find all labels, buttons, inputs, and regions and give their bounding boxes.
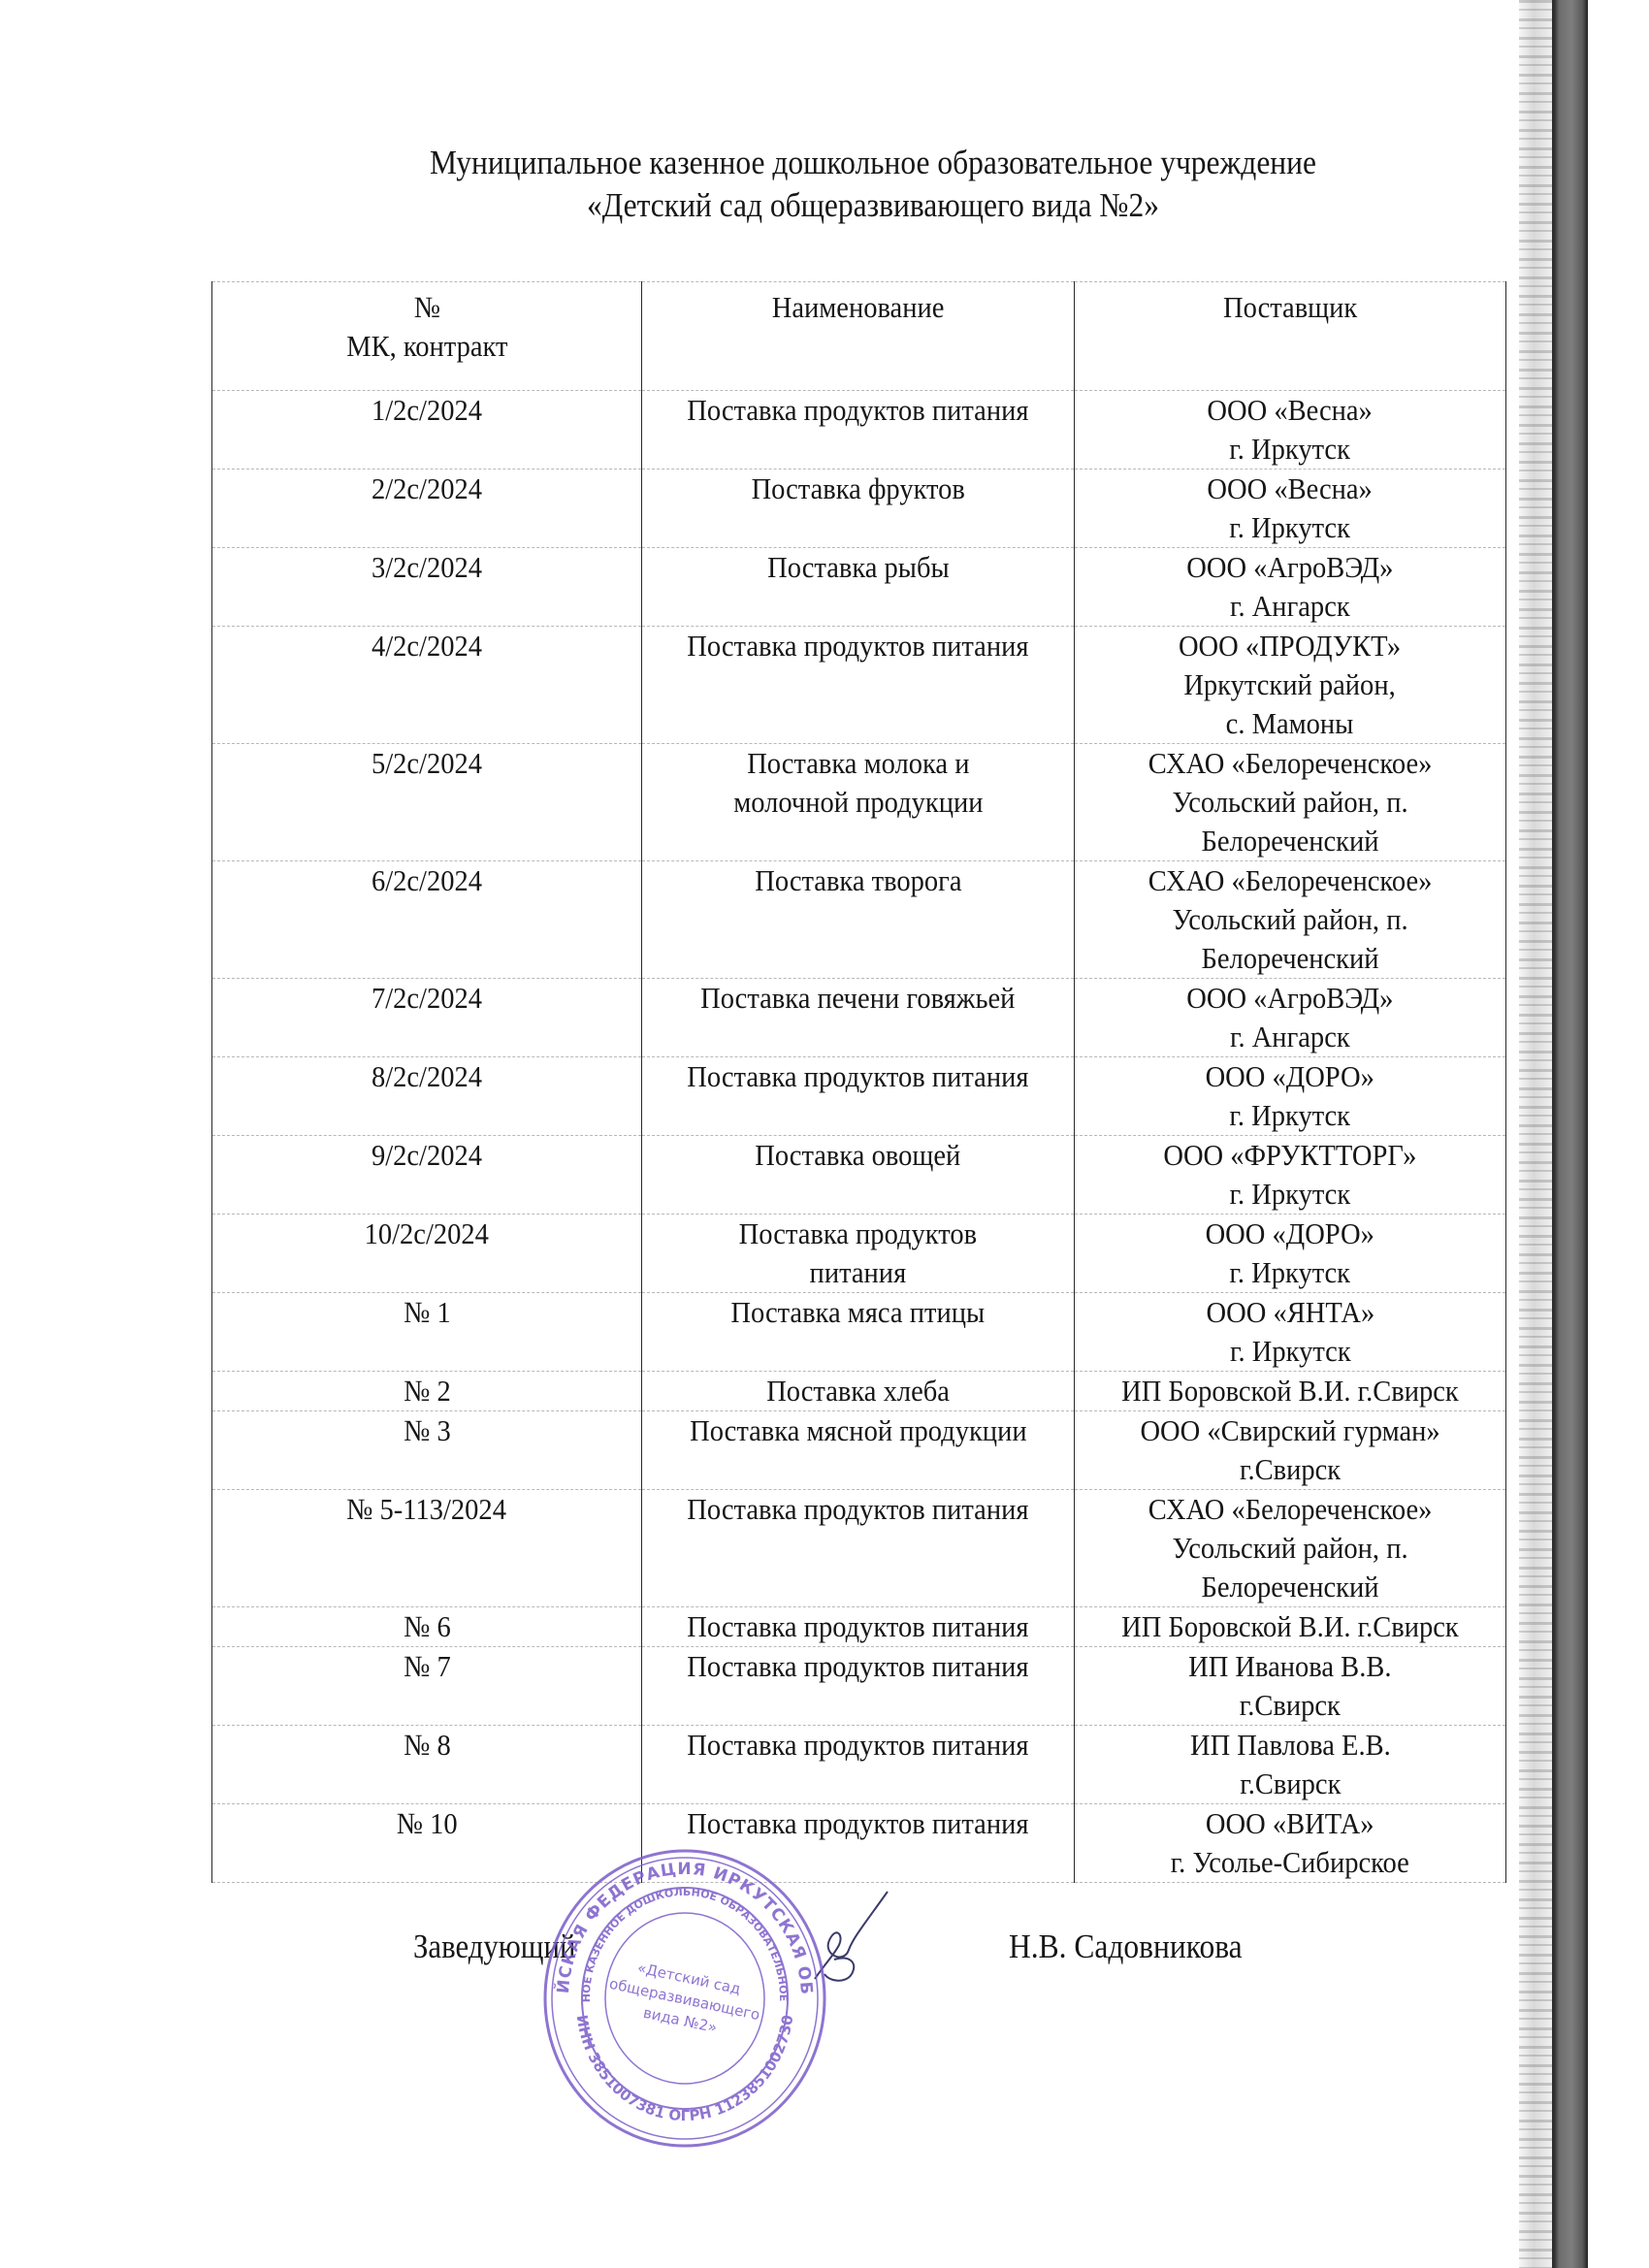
table-row: № 8Поставка продуктов питанияИП Павлова … [212, 1726, 1506, 1804]
item-name-cell: Поставка продуктов питания [642, 627, 1075, 744]
supplier-line: ООО «Свирский гурман» [1140, 1411, 1439, 1450]
column-header-contract-number-line: МК, контракт [346, 327, 507, 366]
supplier-line: Белореченский [1148, 1568, 1433, 1606]
item-name-cell: Поставка продуктов питания [642, 1057, 1075, 1136]
supplier-line: г. Ангарск [1186, 587, 1393, 626]
contract-number-cell: 9/2c/2024 [212, 1136, 642, 1215]
supplier-line: г. Ангарск [1186, 1018, 1393, 1056]
svg-text:ИНН 3851007381 ОГРН 1123851002: ИНН 3851007381 ОГРН 1123851002730 [573, 2014, 797, 2124]
column-header-name-line: Наименование [772, 288, 945, 327]
table-row: 4/2c/2024Поставка продуктов питанияООО «… [212, 627, 1506, 744]
supplier-line: Белореченский [1148, 939, 1433, 978]
item-name-line: Поставка продуктов питания [687, 1057, 1028, 1096]
supplier-cell: ООО «ЯНТА»г. Иркутск [1075, 1293, 1506, 1372]
column-header-name: Наименование [642, 282, 1075, 391]
table-row: 9/2c/2024Поставка овощейООО «ФРУКТТОРГ»г… [212, 1136, 1506, 1215]
supplier-line: Усольский район, п. [1148, 900, 1433, 939]
supplier-line: г. Иркутск [1208, 508, 1373, 547]
contract-number-cell: № 7 [212, 1647, 642, 1726]
supplier-cell: ИП Боровской В.И. г.Свирск [1075, 1372, 1506, 1411]
item-name-line: Поставка печени говяжьей [700, 979, 1015, 1018]
contract-number-cell: 10/2c/2024 [212, 1215, 642, 1293]
item-name-cell: Поставка творога [642, 861, 1075, 979]
item-name-cell: Поставка мяса птицы [642, 1293, 1075, 1372]
stamp-bottom-text: ИНН 3851007381 ОГРН 1123851002730 [573, 2014, 797, 2124]
supplier-line: Усольский район, п. [1148, 1529, 1433, 1568]
supplier-line: ООО «ПРОДУКТ» [1179, 627, 1401, 665]
item-name-cell: Поставка мясной продукции [642, 1411, 1075, 1490]
contract-number-cell: № 2 [212, 1372, 642, 1411]
supplier-line: ООО «ДОРО» [1206, 1215, 1374, 1253]
contract-number-line: 4/2c/2024 [372, 627, 482, 665]
supplier-line: СХАО «Белореченское» [1148, 861, 1433, 900]
contract-number-cell: 4/2c/2024 [212, 627, 642, 744]
contract-number-line: 7/2c/2024 [372, 979, 482, 1018]
supplier-line: ИП Боровской В.И. г.Свирск [1121, 1372, 1459, 1410]
item-name-line: молочной продукции [733, 783, 983, 822]
contract-number-line: № 7 [404, 1647, 451, 1686]
item-name-cell: Поставка молока имолочной продукции [642, 744, 1075, 861]
item-name-line: Поставка молока и [733, 744, 983, 783]
scan-binding-shadow [1552, 0, 1588, 2268]
contract-number-cell: № 6 [212, 1607, 642, 1647]
contract-number-line: № 8 [404, 1726, 451, 1765]
stamp-center-text: «Детский садобщеразвивающеговида №2» [608, 1959, 761, 2036]
item-name-line: Поставка хлеба [766, 1372, 950, 1410]
supplier-line: г. Иркутск [1208, 430, 1373, 469]
column-header-supplier: Поставщик [1075, 282, 1506, 391]
item-name-cell: Поставка печени говяжьей [642, 979, 1075, 1057]
supplier-cell: ИП Павлова Е.В.г.Свирск [1075, 1726, 1506, 1804]
item-name-cell: Поставка продуктов питания [642, 391, 1075, 470]
item-name-cell: Поставка овощей [642, 1136, 1075, 1215]
supplier-line: с. Мамоны [1179, 704, 1401, 743]
supplier-cell: ООО «Свирский гурман»г.Свирск [1075, 1411, 1506, 1490]
contract-number-line: № 3 [404, 1411, 451, 1450]
item-name-line: Поставка продуктов питания [687, 1804, 1028, 1843]
supplier-line: г. Усолье-Сибирское [1171, 1843, 1409, 1882]
supplier-line: ООО «ДОРО» [1206, 1057, 1374, 1096]
table-row: 6/2c/2024Поставка творогаСХАО «Белоречен… [212, 861, 1506, 979]
signatory-name: Н.В. Садовникова [1009, 1926, 1243, 1968]
column-header-contract-number-line: № [346, 288, 507, 327]
table-row: 3/2c/2024Поставка рыбыООО «АгроВЭД»г. Ан… [212, 548, 1506, 627]
supplier-cell: ИП Боровской В.И. г.Свирск [1075, 1607, 1506, 1647]
supplier-line: ООО «Весна» [1208, 391, 1373, 430]
item-name-cell: Поставка хлеба [642, 1372, 1075, 1411]
item-name-line: Поставка продуктов [739, 1215, 977, 1253]
title-line-institution: Муниципальное казенное дошкольное образо… [349, 142, 1397, 184]
contract-number-cell: 5/2c/2024 [212, 744, 642, 861]
contract-number-cell: № 1 [212, 1293, 642, 1372]
contract-number-line: 2/2c/2024 [372, 470, 482, 508]
supplier-cell: ООО «ФРУКТТОРГ»г. Иркутск [1075, 1136, 1506, 1215]
column-header-contract-number: №МК, контракт [212, 282, 642, 391]
contract-number-line: 9/2c/2024 [372, 1136, 482, 1175]
supplier-line: Усольский район, п. [1148, 783, 1433, 822]
supplier-line: г.Свирск [1190, 1765, 1391, 1803]
contract-number-cell: 8/2c/2024 [212, 1057, 642, 1136]
supplier-line: ООО «ЯНТА» [1206, 1293, 1374, 1332]
table-row: № 3Поставка мясной продукцииООО «Свирски… [212, 1411, 1506, 1490]
contract-number-cell: № 8 [212, 1726, 642, 1804]
item-name-cell: Поставка продуктов питания [642, 1804, 1075, 1883]
scan-binding-edge [1519, 0, 1552, 2268]
supplier-cell: СХАО «Белореченское»Усольский район, п.Б… [1075, 861, 1506, 979]
supplier-cell: ООО «ПРОДУКТ»Иркутский район,с. Мамоны [1075, 627, 1506, 744]
item-name-cell: Поставка продуктов питания [642, 1726, 1075, 1804]
item-name-cell: Поставка продуктов питания [642, 1607, 1075, 1647]
contract-number-cell: № 5-113/2024 [212, 1490, 642, 1607]
supplier-line: г.Свирск [1140, 1450, 1439, 1489]
supplier-line: ИП Боровской В.И. г.Свирск [1121, 1607, 1459, 1646]
supplier-line: ООО «ФРУКТТОРГ» [1163, 1136, 1416, 1175]
document-title: Муниципальное казенное дошкольное образо… [349, 142, 1397, 227]
table-row: № 6Поставка продуктов питанияИП Боровско… [212, 1607, 1506, 1647]
supplier-cell: ООО «ВИТА»г. Усолье-Сибирское [1075, 1804, 1506, 1883]
supplier-line: ООО «АгроВЭД» [1186, 548, 1393, 587]
handwritten-signature-icon [805, 1887, 892, 1993]
contract-number-line: 1/2c/2024 [372, 391, 482, 430]
svg-text:общеразвивающего: общеразвивающего [608, 1975, 761, 2024]
item-name-cell: Поставка продуктовпитания [642, 1215, 1075, 1293]
item-name-line: Поставка продуктов питания [687, 627, 1028, 665]
contract-number-line: 8/2c/2024 [372, 1057, 482, 1096]
item-name-line: Поставка продуктов питания [687, 1726, 1028, 1765]
contract-number-line: 6/2c/2024 [372, 861, 482, 900]
table-row: 10/2c/2024Поставка продуктовпитанияООО «… [212, 1215, 1506, 1293]
table-row: 8/2c/2024Поставка продуктов питанияООО «… [212, 1057, 1506, 1136]
table-row: 5/2c/2024Поставка молока имолочной проду… [212, 744, 1506, 861]
item-name-line: Поставка творога [755, 861, 961, 900]
item-name-line: Поставка мясной продукции [690, 1411, 1027, 1450]
contract-number-line: № 2 [404, 1372, 451, 1410]
supplier-line: Иркутский район, [1179, 665, 1401, 704]
item-name-line: Поставка продуктов питания [687, 1647, 1028, 1686]
contract-number-line: № 5-113/2024 [347, 1490, 507, 1529]
supplier-line: СХАО «Белореченское» [1148, 1490, 1433, 1529]
table-row: 1/2c/2024Поставка продуктов питанияООО «… [212, 391, 1506, 470]
item-name-cell: Поставка рыбы [642, 548, 1075, 627]
table-row: № 1Поставка мяса птицыООО «ЯНТА»г. Иркут… [212, 1293, 1506, 1372]
table-row: № 2Поставка хлебаИП Боровской В.И. г.Сви… [212, 1372, 1506, 1411]
contract-number-cell: 7/2c/2024 [212, 979, 642, 1057]
supplier-line: ИП Павлова Е.В. [1190, 1726, 1391, 1765]
item-name-cell: Поставка фруктов [642, 470, 1075, 548]
table-row: № 10Поставка продуктов питанияООО «ВИТА»… [212, 1804, 1506, 1883]
supplier-cell: ООО «ДОРО»г. Иркутск [1075, 1057, 1506, 1136]
contract-number-cell: 2/2c/2024 [212, 470, 642, 548]
supplier-line: г. Иркутск [1206, 1253, 1374, 1292]
supplier-line: СХАО «Белореченское» [1148, 744, 1433, 783]
supplier-line: г.Свирск [1188, 1686, 1391, 1725]
contract-number-line: 10/2c/2024 [365, 1215, 489, 1253]
table-row: № 7Поставка продуктов питанияИП Иванова … [212, 1647, 1506, 1726]
svg-text:«Детский сад: «Детский сад [636, 1959, 743, 1997]
contract-number-cell: № 10 [212, 1804, 642, 1883]
contract-number-cell: 1/2c/2024 [212, 391, 642, 470]
supplier-cell: ООО «ДОРО»г. Иркутск [1075, 1215, 1506, 1293]
item-name-line: Поставка продуктов питания [687, 1607, 1028, 1646]
contract-number-cell: 6/2c/2024 [212, 861, 642, 979]
supplier-cell: ИП Иванова В.В.г.Свирск [1075, 1647, 1506, 1726]
contract-number-line: 5/2c/2024 [372, 744, 482, 783]
item-name-cell: Поставка продуктов питания [642, 1490, 1075, 1607]
item-name-line: Поставка овощей [755, 1136, 960, 1175]
supplier-cell: ООО «АгроВЭД»г. Ангарск [1075, 548, 1506, 627]
contract-number-line: № 1 [404, 1293, 451, 1332]
supplier-line: ООО «ВИТА» [1171, 1804, 1409, 1843]
supplier-cell: ООО «АгроВЭД»г. Ангарск [1075, 979, 1506, 1057]
supplier-line: г. Иркутск [1163, 1175, 1416, 1214]
supplier-line: ИП Иванова В.В. [1188, 1647, 1391, 1686]
item-name-line: питания [739, 1253, 977, 1292]
supplier-cell: СХАО «Белореченское»Усольский район, п.Б… [1075, 1490, 1506, 1607]
supplier-line: ООО «Весна» [1208, 470, 1373, 508]
supplier-cell: СХАО «Белореченское»Усольский район, п.Б… [1075, 744, 1506, 861]
item-name-line: Поставка фруктов [751, 470, 964, 508]
item-name-line: Поставка рыбы [767, 548, 949, 587]
table-row: 2/2c/2024Поставка фруктовООО «Весна»г. И… [212, 470, 1506, 548]
contract-number-line: № 6 [404, 1607, 451, 1646]
item-name-line: Поставка продуктов питания [687, 1490, 1028, 1529]
supplier-line: г. Иркутск [1206, 1096, 1374, 1135]
item-name-cell: Поставка продуктов питания [642, 1647, 1075, 1726]
official-stamp-icon: РОССИЙСКАЯ ФЕДЕРАЦИЯ ИРКУТСКАЯ ОБЛАСТЬ М… [541, 1847, 828, 2150]
contract-number-line: 3/2c/2024 [372, 548, 482, 587]
supplier-line: Белореченский [1148, 822, 1433, 860]
contract-number-cell: 3/2c/2024 [212, 548, 642, 627]
supplier-line: ООО «АгроВЭД» [1186, 979, 1393, 1018]
table-row: № 5-113/2024Поставка продуктов питанияСХ… [212, 1490, 1506, 1607]
table-header-row: №МК, контрактНаименованиеПоставщик [212, 282, 1506, 391]
table-row: 7/2c/2024Поставка печени говяжьейООО «Аг… [212, 979, 1506, 1057]
title-line-name: «Детский сад общеразвивающего вида №2» [349, 184, 1397, 227]
contracts-table: №МК, контрактНаименованиеПоставщик 1/2c/… [211, 281, 1506, 1883]
svg-text:вида №2»: вида №2» [642, 2004, 719, 2037]
item-name-line: Поставка продуктов питания [687, 391, 1028, 430]
contract-number-cell: № 3 [212, 1411, 642, 1490]
column-header-supplier-line: Поставщик [1223, 288, 1357, 327]
table-body: 1/2c/2024Поставка продуктов питанияООО «… [212, 391, 1506, 1883]
supplier-line: г. Иркутск [1206, 1332, 1374, 1371]
supplier-cell: ООО «Весна»г. Иркутск [1075, 470, 1506, 548]
signatory-position: Заведующий [413, 1926, 576, 1968]
contract-number-line: № 10 [397, 1804, 458, 1843]
item-name-line: Поставка мяса птицы [731, 1293, 986, 1332]
supplier-cell: ООО «Весна»г. Иркутск [1075, 391, 1506, 470]
